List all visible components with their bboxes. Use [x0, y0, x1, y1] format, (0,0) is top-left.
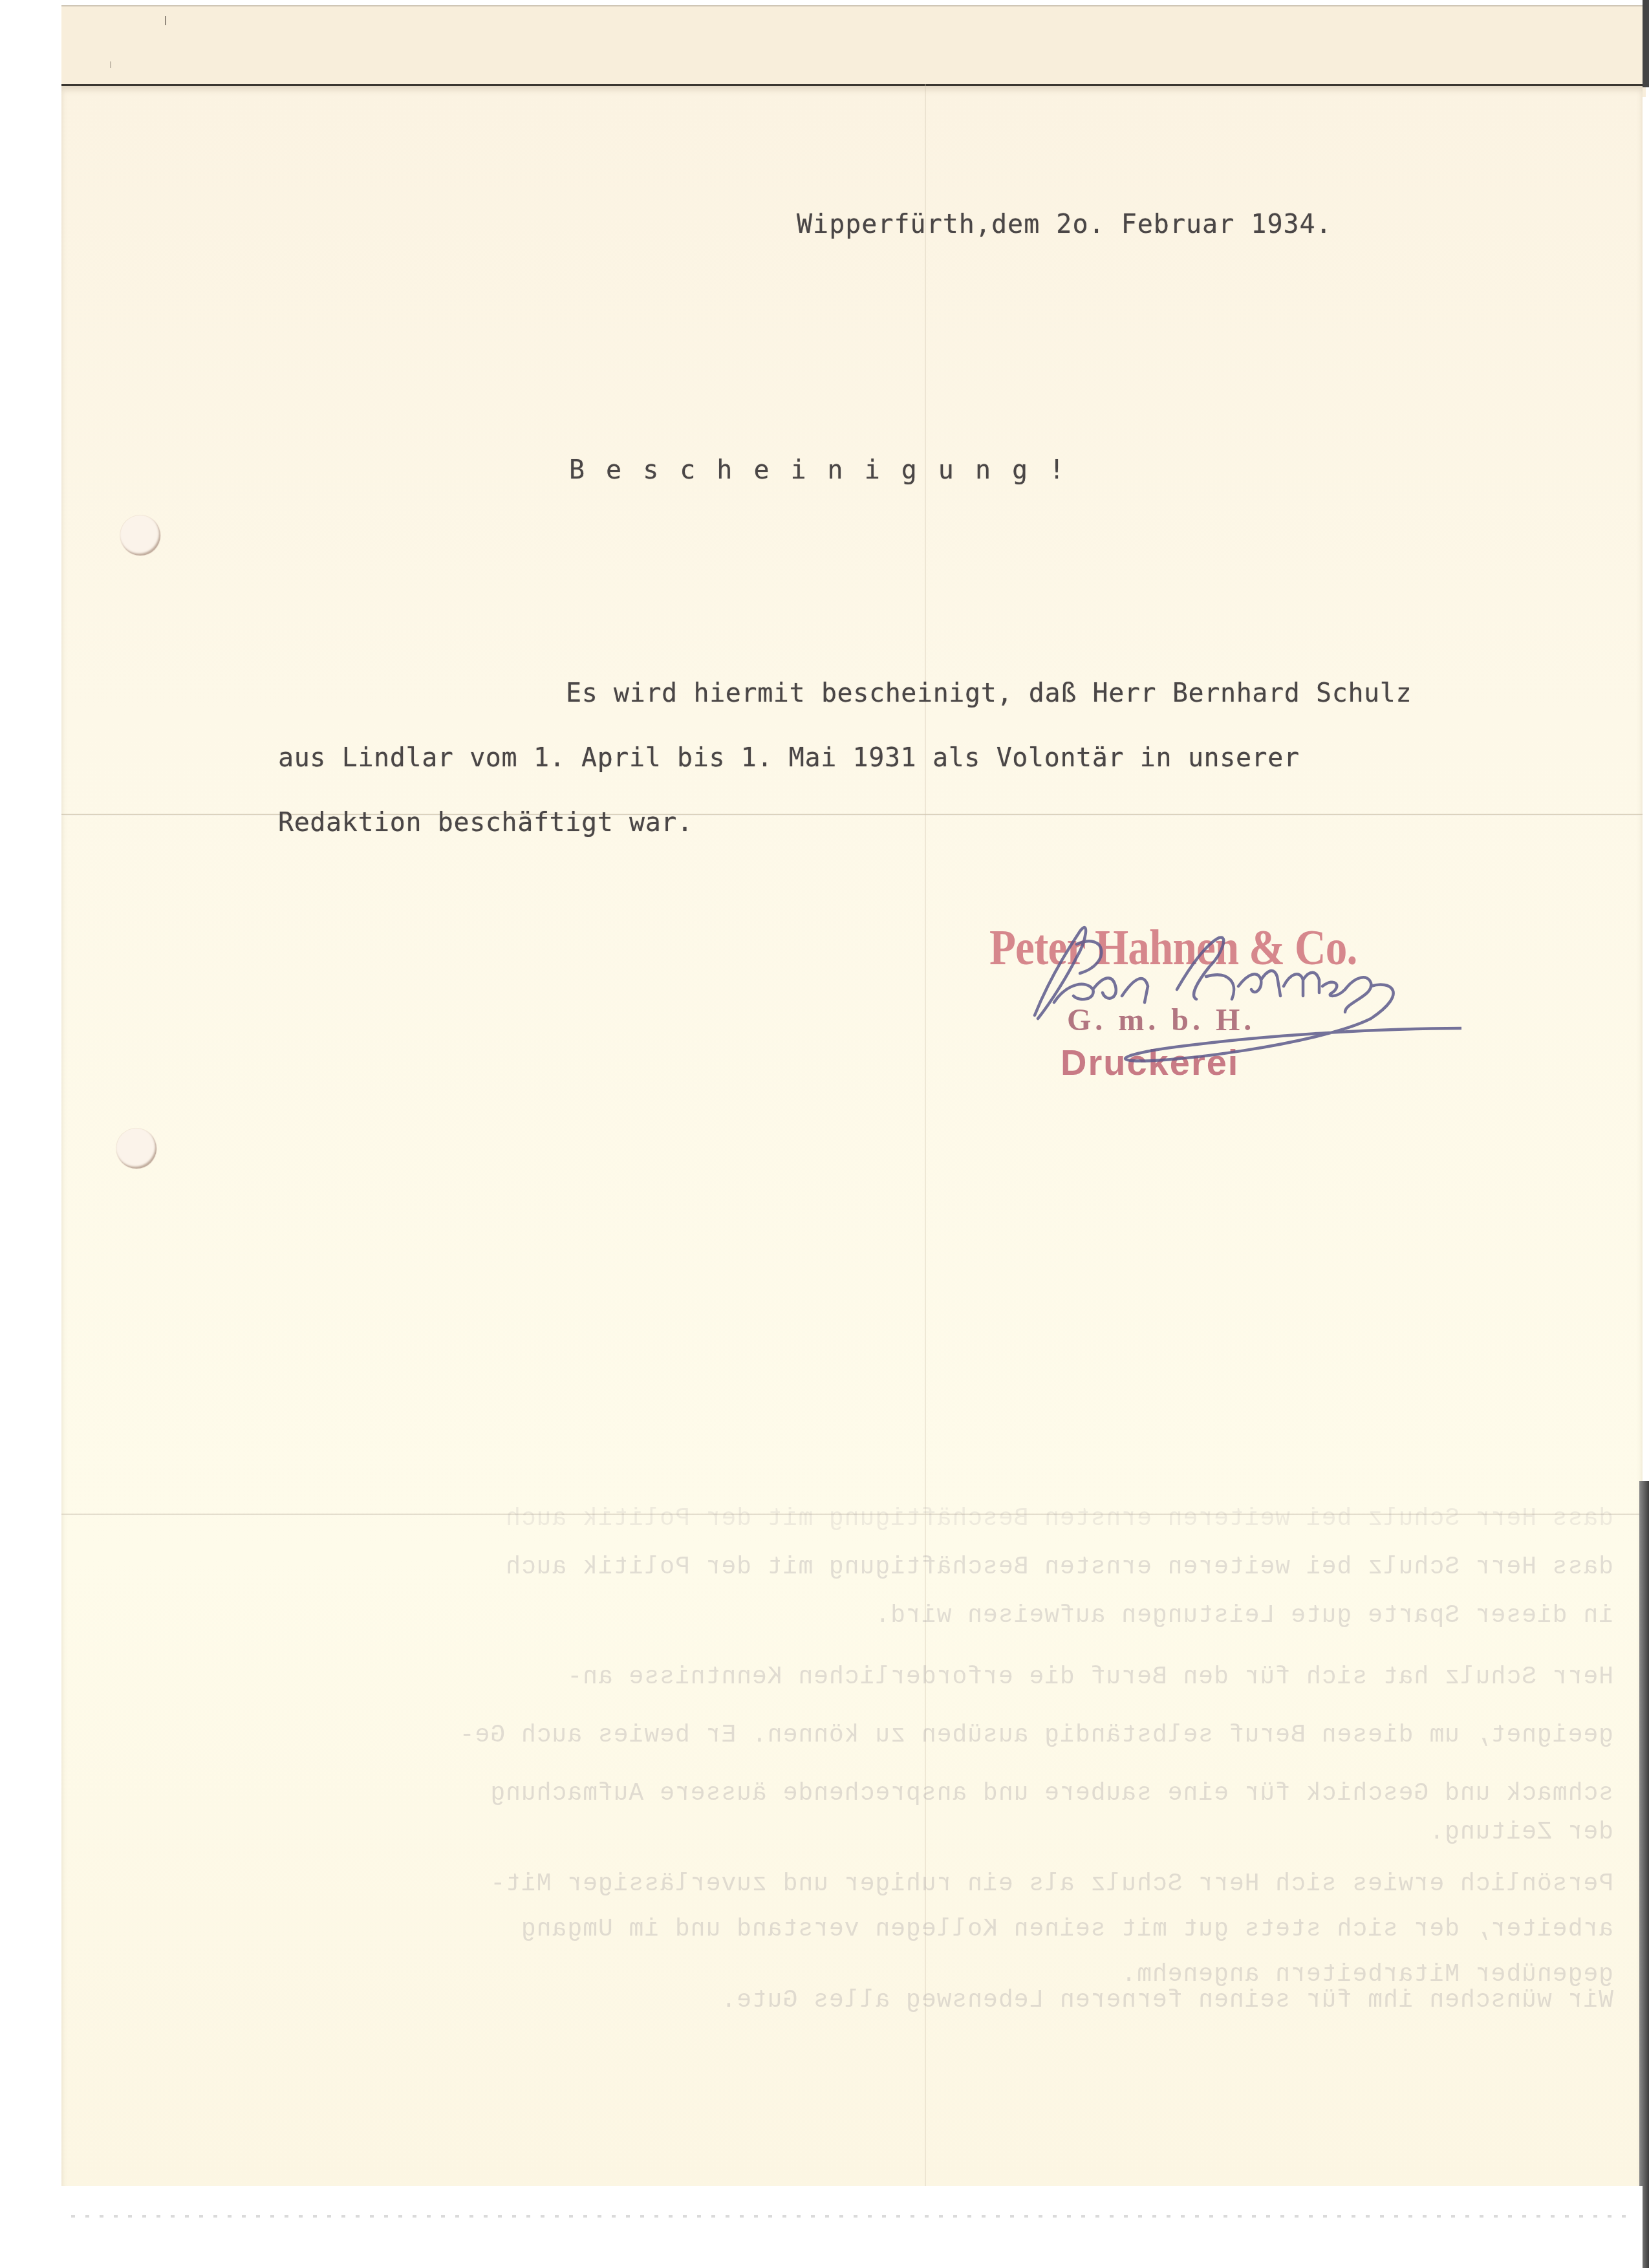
show-through-line: Persönlich erwies sich Herr Schulz als e… [145, 1872, 1613, 1897]
show-through-line: arbeiter, der sich stets gut mit seinen … [145, 1917, 1613, 1942]
show-through-line: dass Herr Schulz bei weiteren ernsten Be… [145, 1555, 1613, 1580]
handwritten-signature-icon [983, 905, 1461, 1099]
show-through-line: in dieser Sparte gute Leistungen aufweis… [145, 1604, 1613, 1628]
show-through-line: Herr Schulz hat sich für den Beruf die e… [145, 1665, 1613, 1690]
body-line-1: Es wird hiermit bescheinigt, daß Herr Be… [566, 680, 1412, 706]
paper-mark [165, 16, 166, 25]
scanner-edge-top [1643, 0, 1649, 87]
show-through-line: schmack und Geschick für eine saubere un… [145, 1782, 1613, 1806]
body-line-3: Redaktion beschäftigt war. [278, 810, 693, 836]
show-through-line: gegenüber Mitarbeitern angenehm. [145, 1963, 1613, 1987]
show-through-line: der Zeitung. [145, 1820, 1613, 1845]
scan-artifact [71, 2215, 1636, 2218]
background-sheet [61, 5, 1646, 97]
document-title: Bescheinigung! [569, 457, 1086, 483]
punch-hole-icon [120, 515, 160, 556]
show-through-line: Wir wünschen ihm für seinen ferneren Leb… [145, 1989, 1613, 2013]
paper-mark [110, 61, 111, 68]
scanner-edge-right [1639, 1481, 1649, 2268]
date-line: Wipperfürth,dem 2o. Februar 1934. [797, 211, 1332, 237]
punch-hole-icon [116, 1129, 156, 1169]
show-through-line: dass Herr Schulz bei weiteren ernsten Be… [145, 1507, 1613, 1531]
show-through-line: geeignet, um diesen Beruf selbständig au… [145, 1723, 1613, 1748]
scan-bottom-margin [61, 2186, 1643, 2268]
body-line-2: aus Lindlar vom 1. April bis 1. Mai 1931… [278, 745, 1300, 771]
